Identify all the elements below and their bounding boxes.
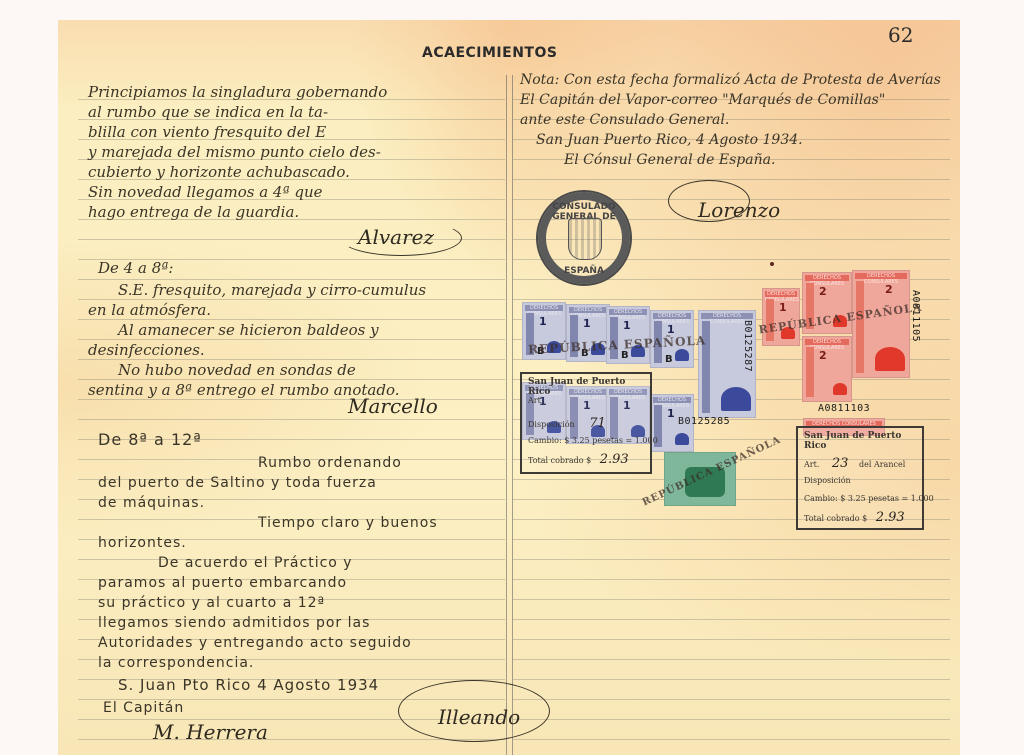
entry-line: y marejada del mismo punto cielo des- xyxy=(88,142,387,162)
consulate-seal: CONSULADO GENERAL DE ESPAÑA xyxy=(536,190,632,286)
stamp-value: 2 xyxy=(885,283,893,296)
ledger-page: ACAECIMIENTOS 62 Principiamos la singlad… xyxy=(58,20,960,755)
entry-2-header: De 4 a 8ª: xyxy=(98,258,173,278)
entry-line: Autoridades y entregando acto seguido xyxy=(98,633,438,653)
rubber-stamp-total: Total cobrado $ 2.93 xyxy=(804,510,905,525)
entry-line: Rumbo ordenando xyxy=(98,453,438,473)
rubber-stamp-label: Art. xyxy=(804,460,819,469)
red-stamp: DERECHOS CONSULARES 2 xyxy=(802,336,852,402)
entry-3-place-date: S. Juan Pto Rico 4 Agosto 1934 xyxy=(118,675,379,695)
rubber-stamp-value: 2.93 xyxy=(600,452,629,467)
log-entry-2: S.E. fresquito, marejada y cirro-cumulus… xyxy=(88,280,426,400)
entry-3-role: El Capitán xyxy=(103,698,184,718)
rubber-stamp-label: Disposición xyxy=(804,476,851,485)
red-stamp: DERECHOS CONSULARES 1 xyxy=(762,288,800,346)
coat-of-arms-icon xyxy=(568,218,602,260)
entry-line: Tiempo claro y buenos xyxy=(98,513,438,533)
entry-line: Principiamos la singladura gobernando xyxy=(88,82,387,102)
stamp-figure-icon xyxy=(833,383,847,395)
stamp-header: DERECHOS CONSULARES xyxy=(805,339,849,345)
stamp-value: 2 xyxy=(819,285,827,298)
log-entry-3: Rumbo ordenando del puerto de Saltino y … xyxy=(98,453,438,673)
note-line: Nota: Con esta fecha formalizó Acta de P… xyxy=(520,70,941,90)
stamp-value: 1 xyxy=(583,317,591,330)
stamp-header: DERECHOS CONSULARES xyxy=(653,313,691,319)
entry-line: desinfecciones. xyxy=(88,340,426,360)
stamp-header: DERECHOS CONSULARES xyxy=(653,397,691,403)
note-line: ante este Consulado General. xyxy=(520,110,941,130)
entry-line: No hubo novedad en sondas de xyxy=(88,360,426,380)
entry-line: paramos al puerto embarcando xyxy=(98,573,438,593)
rubber-stamp-title: San Juan de Puerto Rico xyxy=(528,377,650,397)
rubber-stamp-label: Disposición xyxy=(528,420,575,429)
stamp-figure-icon xyxy=(721,387,751,411)
rubber-stamp-title: San Juan de Puerto Rico xyxy=(804,431,922,451)
entry-line: al rumbo que se indica en la ta- xyxy=(88,102,387,122)
note-line: San Juan Puerto Rico, 4 Agosto 1934. xyxy=(520,130,941,150)
stamp-value: 2 xyxy=(819,349,827,362)
entry-line: de máquinas. xyxy=(98,493,438,513)
stamp-header: DERECHOS CONSULARES xyxy=(569,307,607,313)
entry-line: S.E. fresquito, marejada y cirro-cumulus xyxy=(88,280,426,300)
fee-rubber-stamp-right: San Juan de Puerto Rico Art. 23 del Aran… xyxy=(796,426,924,530)
rubber-stamp-art: Art. 23 del Arancel xyxy=(804,456,905,471)
column-divider xyxy=(506,75,507,755)
rubber-stamp-disposicion: Disposición 71 xyxy=(528,416,606,431)
entry-line: blilla con viento fresquito del E xyxy=(88,122,387,142)
entry-line: la correspondencia. xyxy=(98,653,438,673)
stamp-serial: A0811105 xyxy=(910,290,921,342)
stamp-header: DERECHOS CONSULARES xyxy=(609,309,647,315)
stamp-serial: B0125285 xyxy=(678,416,730,427)
stamp-serial: B0125287 xyxy=(742,320,753,372)
entry-line: Sin novedad llegamos a 4ª que xyxy=(88,182,387,202)
log-entry-1: Principiamos la singladura gobernando al… xyxy=(88,82,387,222)
stamp-header: DERECHOS CONSULARES xyxy=(765,291,797,297)
stamp-figure-icon xyxy=(675,433,689,445)
entry-line: llegamos siendo admitidos por las xyxy=(98,613,438,633)
entry-line: Al amanecer se hicieron baldeos y xyxy=(88,320,426,340)
signature-entry-2: Marcello xyxy=(348,394,438,418)
entry-line: cubierto y horizonte achubascado. xyxy=(88,162,387,182)
stamp-value: 1 xyxy=(539,315,547,328)
entry-line: hago entrega de la guardia. xyxy=(88,202,387,222)
rubber-stamp-label: Cambio: $ 3.25 pesetas = 1.000 xyxy=(804,494,934,503)
entry-line: horizontes. xyxy=(98,533,438,553)
stamp-value: 1 xyxy=(623,319,631,332)
note-line: El Capitán del Vapor-correo "Marqués de … xyxy=(520,90,941,110)
rubber-stamp-label: Total cobrado $ xyxy=(528,456,591,465)
stamp-header: DERECHOS CONSULARES xyxy=(525,305,563,311)
rubber-stamp-total: Total cobrado $ 2.93 xyxy=(528,452,629,467)
entry-line: su práctico y al cuarto a 12ª xyxy=(98,593,438,613)
rubber-stamp-value: 23 xyxy=(832,456,849,471)
signature-flourish xyxy=(340,220,462,256)
rubber-stamp-label: Total cobrado $ xyxy=(804,514,867,523)
rubber-stamp-label: del Arancel xyxy=(859,460,905,469)
stamp-figure-icon xyxy=(875,347,905,371)
blue-stamp: DERECHOS CONSULARES 1 B xyxy=(606,306,650,364)
rubber-stamp-value: 71 xyxy=(589,416,606,431)
note-line: El Cónsul General de España. xyxy=(520,150,941,170)
pillar-icon xyxy=(856,281,864,373)
entry-3-header: De 8ª a 12ª xyxy=(98,430,202,450)
stamp-header: DERECHOS CONSULARES xyxy=(701,313,753,319)
stamp-value: 1 xyxy=(667,407,675,420)
stamp-serial: A0811103 xyxy=(818,403,870,414)
pillar-icon xyxy=(806,347,814,397)
consular-note: Nota: Con esta fecha formalizó Acta de P… xyxy=(520,70,941,170)
entry-line: De acuerdo el Práctico y xyxy=(98,553,438,573)
red-stamp-large: DERECHOS CONSULARES 2 xyxy=(852,270,910,378)
page-number: 62 xyxy=(888,23,913,47)
stamp-header: DERECHOS CONSULARES xyxy=(855,273,907,279)
rubber-stamp-label: Cambio: $ 3.25 pesetas = 1.000 xyxy=(528,436,658,445)
page-heading: ACAECIMIENTOS xyxy=(422,45,557,61)
stamp-series: B xyxy=(665,354,673,365)
stamp-figure-icon xyxy=(675,349,689,361)
stamp-value: 1 xyxy=(779,301,787,314)
seal-text: ESPAÑA xyxy=(538,266,630,276)
signature-flourish xyxy=(398,680,550,742)
rubber-stamp-value: 2.93 xyxy=(876,510,905,525)
stamp-header: DERECHOS CONSULARES xyxy=(805,275,849,281)
entry-line: del puerto de Saltino y toda fuerza xyxy=(98,473,438,493)
signature-flourish xyxy=(668,180,750,222)
fee-rubber-stamp-left: San Juan de Puerto Rico Art. Disposición… xyxy=(520,372,652,474)
ink-dot xyxy=(770,262,774,266)
rubber-stamp-label: Art. xyxy=(528,396,543,405)
entry-line: en la atmósfera. xyxy=(88,300,426,320)
signature-captain-left: M. Herrera xyxy=(153,720,268,744)
column-divider xyxy=(512,75,513,755)
